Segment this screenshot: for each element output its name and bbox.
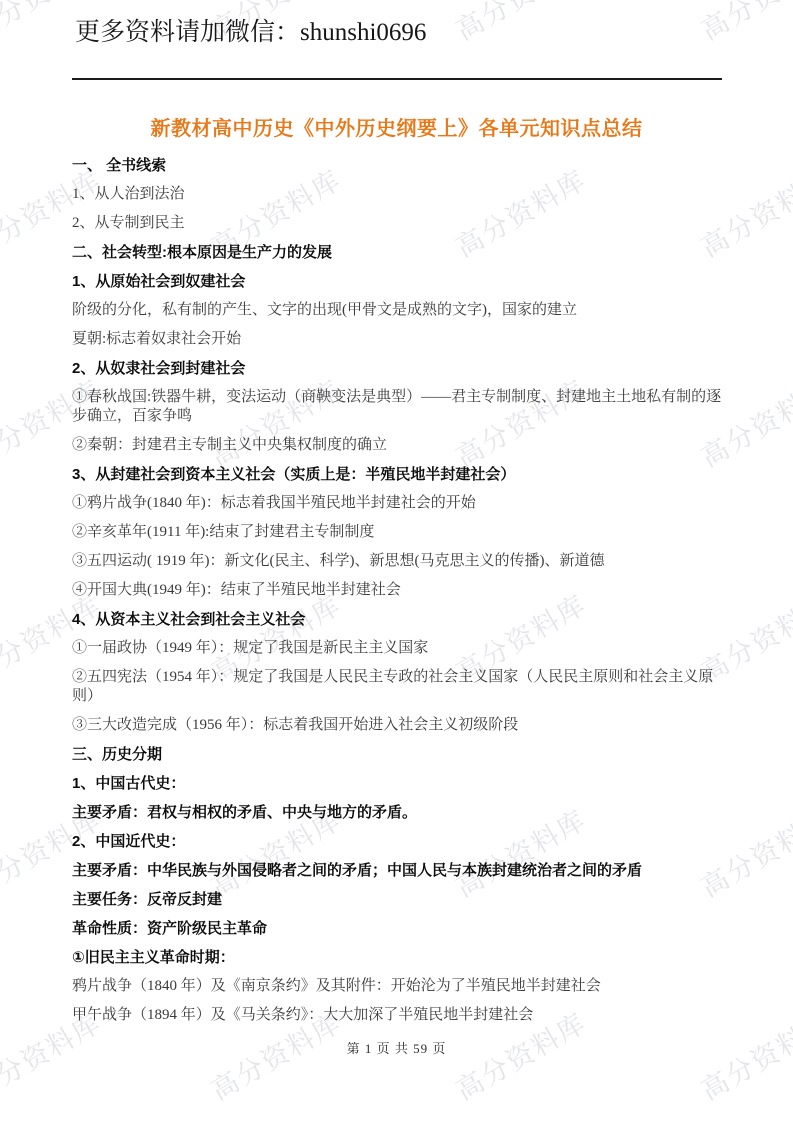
content-area: 一、 全书线索1、从人治到法治2、从专制到民主二、社会转型:根本原因是生产力的发… [72, 156, 727, 1035]
paragraph: ②五四宪法（1954 年）：规定了我国是人民民主专政的社会主义国家（人民民主原则… [72, 668, 727, 706]
paragraph: 鸦片战争（1840 年）及《南京条约》及其附件：开始沦为了半殖民地半封建社会 [72, 977, 727, 996]
paragraph: ②辛亥革年(1911 年):结束了封建君主专制制度 [72, 523, 727, 542]
paragraph: ④开国大典(1949 年)：结束了半殖民地半封建社会 [72, 581, 727, 600]
paragraph: 一、 全书线索 [72, 156, 727, 175]
paragraph: 3、从封建社会到资本主义社会（实质上是：半殖民地半封建社会） [72, 465, 727, 484]
paragraph: 革命性质：资产阶级民主革命 [72, 919, 727, 938]
header-divider [72, 78, 722, 80]
paragraph: 2、从奴隶社会到封建社会 [72, 359, 727, 378]
paragraph: ③三大改造完成（1956 年）：标志着我国开始进入社会主义初级阶段 [72, 716, 727, 735]
paragraph: 4、从资本主义社会到社会主义社会 [72, 610, 727, 629]
paragraph: 2、从专制到民主 [72, 214, 727, 233]
page-title: 新教材高中历史《中外历史纲要上》各单元知识点总结 [0, 112, 793, 141]
paragraph: 2、中国近代史： [72, 832, 727, 851]
paragraph: 1、从原始社会到奴建社会 [72, 272, 727, 291]
paragraph: 阶级的分化，私有制的产生、文字的出现(甲骨文是成熟的文字)，国家的建立 [72, 301, 727, 320]
paragraph: 二、社会转型:根本原因是生产力的发展 [72, 243, 727, 262]
wechat-promo-text: 更多资料请加微信：shunshi0696 [75, 12, 426, 48]
paragraph: 主要矛盾：中华民族与外国侵略者之间的矛盾；中国人民与本族封建统治者之间的矛盾 [72, 861, 727, 880]
paragraph: 1、从人治到法治 [72, 185, 727, 204]
watermark-text: 高分资料库 [441, 0, 599, 51]
paragraph: ③五四运动( 1919 年)：新文化(民主、科学)、新思想(马克思主义的传播)、… [72, 552, 727, 571]
paragraph: 主要任务：反帝反封建 [72, 890, 727, 909]
paragraph: 主要矛盾：君权与相权的矛盾、中央与地方的矛盾。 [72, 803, 727, 822]
document-page: 高分资料库高分资料库高分资料库高分资料库高分资料库高分资料库高分资料库高分资料库… [0, 0, 793, 1122]
paragraph: ①鸦片战争(1840 年)：标志着我国半殖民地半封建社会的开始 [72, 494, 727, 513]
paragraph: ①旧民主主义革命时期： [72, 948, 727, 967]
paragraph: ①春秋战国:铁器牛耕，变法运动（商鞅变法是典型）——君主专制制度、封建地主土地私… [72, 388, 727, 426]
watermark-text: 高分资料库 [686, 0, 793, 51]
page-number-label: 第 1 页 共 59 页 [0, 1038, 793, 1057]
paragraph: ②秦朝：封建君主专制主义中央集权制度的确立 [72, 436, 727, 455]
paragraph: 夏朝:标志着奴隶社会开始 [72, 330, 727, 349]
paragraph: 三、历史分期 [72, 745, 727, 764]
paragraph: ①一届政协（1949 年）：规定了我国是新民主主义国家 [72, 639, 727, 658]
paragraph: 1、中国古代史： [72, 774, 727, 793]
paragraph: 甲午战争（1894 年）及《马关条约》：大大加深了半殖民地半封建社会 [72, 1006, 727, 1025]
